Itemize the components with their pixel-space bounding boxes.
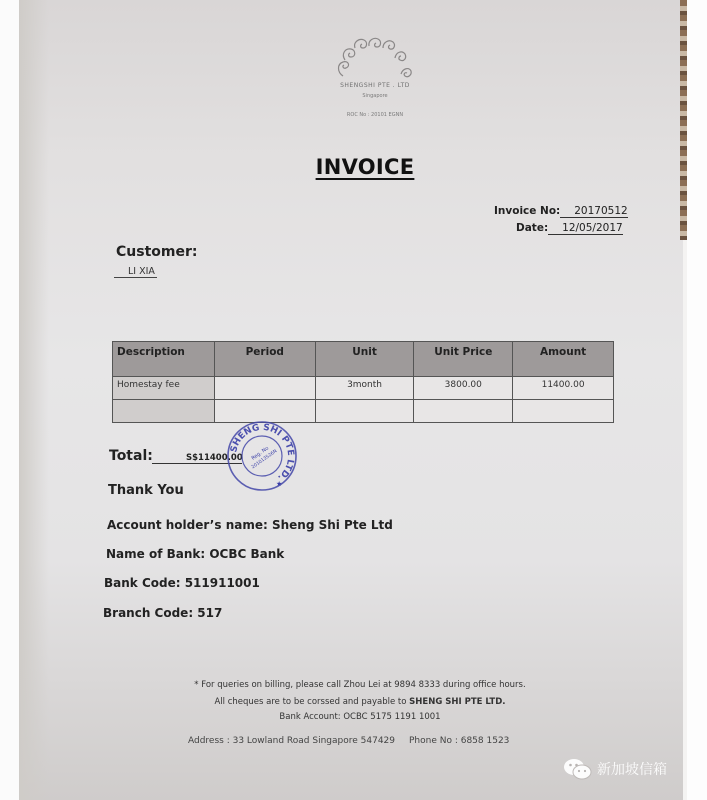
invoice-number-row: Invoice No:20170512 <box>494 205 628 218</box>
invoice-date-label: Date: <box>516 222 548 234</box>
footer-cheque-payee: SHENG SHI PTE LTD. <box>409 697 505 707</box>
cell-unit-price <box>414 400 513 423</box>
branch-code: Branch Code: 517 <box>103 606 222 620</box>
invoice-date-row: Date:12/05/2017 <box>516 222 623 235</box>
footer-bank-account: Bank Account: OCBC 5175 1191 1001 <box>150 712 570 722</box>
cell-unit <box>315 400 414 423</box>
header-amount: Amount <box>513 342 614 377</box>
customer-label: Customer: <box>116 244 197 260</box>
footer-cheque-prefix: All cheques are to be corssed and payabl… <box>214 697 409 707</box>
invoice-items-table: Description Period Unit Unit Price Amoun… <box>112 341 614 423</box>
cell-description: Homestay fee <box>113 377 215 400</box>
header-unit-price: Unit Price <box>414 342 513 377</box>
table-row: Homestay fee 3month 3800.00 11400.00 <box>113 377 614 400</box>
footer-cheque-note: All cheques are to be corssed and payabl… <box>150 697 570 707</box>
company-name-small: SHENGSHI PTE . LTD <box>300 82 450 89</box>
table-row <box>113 400 614 423</box>
thank-you-text: Thank You <box>108 483 184 498</box>
cell-unit-price: 3800.00 <box>414 377 513 400</box>
footer-address: Address : 33 Lowland Road Singapore 5474… <box>188 736 395 746</box>
cell-period <box>214 377 315 400</box>
right-margin <box>687 0 707 800</box>
left-margin <box>0 0 19 800</box>
invoice-number-label: Invoice No: <box>494 205 560 217</box>
company-reg-small: ROC No : 20101 EGNN <box>300 112 450 118</box>
wechat-watermark: 新加坡信箱 <box>563 757 667 781</box>
company-stamp-icon: SHENG SHI PTE LTD. Reg. No 201013526N ★ <box>226 420 298 492</box>
table-header-row: Description Period Unit Unit Price Amoun… <box>113 342 614 377</box>
invoice-title: INVOICE <box>300 155 430 179</box>
cell-unit: 3month <box>315 377 414 400</box>
cell-description <box>113 400 215 423</box>
company-country-small: Singapore <box>300 93 450 99</box>
svg-text:★: ★ <box>276 480 282 488</box>
customer-name: LI XIA <box>114 266 157 278</box>
header-description: Description <box>113 342 215 377</box>
wechat-icon <box>563 757 593 781</box>
invoice-number-value: 20170512 <box>560 205 627 218</box>
header-period: Period <box>214 342 315 377</box>
account-holder-name: Account holder’s name: Sheng Shi Pte Ltd <box>107 518 393 532</box>
cell-amount: 11400.00 <box>513 377 614 400</box>
bank-name: Name of Bank: OCBC Bank <box>106 547 284 561</box>
watermark-text: 新加坡信箱 <box>597 759 667 779</box>
invoice-date-value: 12/05/2017 <box>548 222 623 235</box>
total-label: Total: <box>109 448 153 464</box>
bank-code: Bank Code: 511911001 <box>104 576 260 590</box>
footer-phone: Phone No : 6858 1523 <box>409 736 509 746</box>
header-unit: Unit <box>315 342 414 377</box>
company-logo-icon <box>333 36 413 84</box>
footer-billing-queries: * For queries on billing, please call Zh… <box>150 680 570 690</box>
cell-amount <box>513 400 614 423</box>
wood-surface-edge <box>680 0 687 240</box>
footer-address-row: Address : 33 Lowland Road Singapore 5474… <box>188 736 509 746</box>
